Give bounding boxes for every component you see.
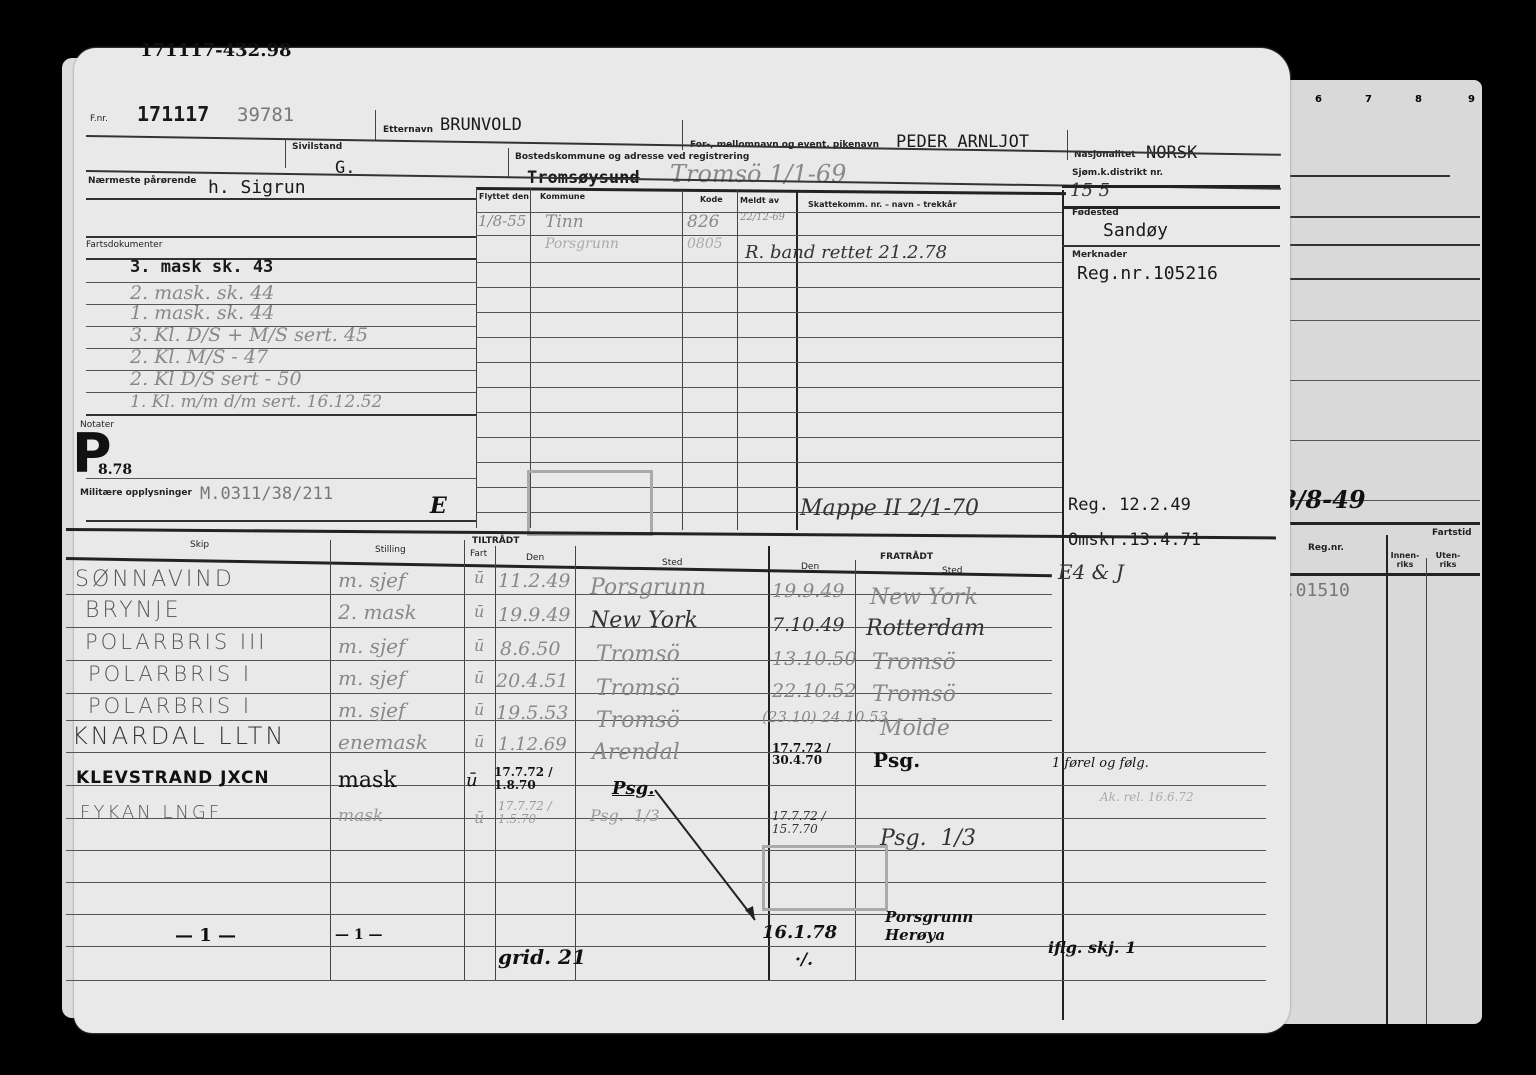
- ship-fart: ū: [474, 700, 484, 719]
- ship-sted: Tromsö: [596, 676, 680, 701]
- tab-number: 7: [1365, 94, 1372, 105]
- ship-sted: Tromsö: [596, 708, 680, 733]
- ship-fr-den: 22.10.52: [772, 680, 857, 702]
- mappe-note: Mappe II 2/1-70: [800, 496, 979, 521]
- ship-fr-sted: Psg. 1/3: [880, 826, 976, 851]
- ship-fr-sted: Tromsö: [872, 682, 956, 707]
- ship-fart: ū: [474, 602, 484, 621]
- ship-stilling: m. sjef: [338, 666, 405, 690]
- ship-den: 19.9.49: [498, 604, 571, 626]
- tab-number: 9: [1468, 94, 1475, 105]
- ship-stilling: m. sjef: [338, 698, 405, 722]
- ship-fr-den: 17.7.72 / 15.7.70: [772, 810, 852, 836]
- ship-name: BRYNJE: [85, 598, 182, 623]
- ship-stilling: mask: [338, 768, 397, 793]
- ship-fr-sted: Tromsö: [872, 650, 956, 675]
- ship-stilling: mask: [338, 806, 383, 826]
- ship-den: 19.5.53: [496, 702, 569, 724]
- flytting-row-kode: 826: [687, 212, 719, 232]
- ship-name: FYKAN LNGF: [80, 802, 222, 823]
- flytting-row-meldt: 22/12-69: [740, 212, 785, 223]
- ship-fart: ū: [474, 668, 484, 687]
- ship-fr-den: 13.10.50: [772, 648, 857, 670]
- sjomk-value: 15 5: [1070, 180, 1110, 201]
- fart-header: Fart: [470, 549, 487, 559]
- fartsdok-label: Fartsdokumenter: [86, 240, 162, 250]
- ship-sted: Tromsö: [596, 642, 680, 667]
- flytting-row-kode: 0805: [687, 236, 723, 252]
- notater-small: 8.78: [98, 462, 132, 478]
- ship-stilling: m. sjef: [338, 634, 405, 658]
- regnr-label: Reg.nr.: [1308, 543, 1344, 553]
- utenriks-label: Uten-riks: [1430, 551, 1466, 569]
- ship-den: 8.6.50: [500, 638, 560, 660]
- fartsdok-item: 2. Kl. M/S - 47: [130, 346, 268, 368]
- kode-header: Kode: [700, 195, 723, 204]
- ship-fr-sted: Molde: [880, 716, 950, 741]
- meldt-av-header: Meldt av: [740, 196, 779, 205]
- bosted-handwritten: Tromsö 1/1-69: [670, 160, 846, 188]
- den-header: Den: [526, 553, 544, 563]
- ship-fr-den: ·/.: [795, 950, 813, 970]
- ship-fr-den: 17.7.72 / 30.4.70: [772, 742, 852, 766]
- militaere-value: M.0311/38/211: [200, 484, 333, 504]
- etternavn-value: BRUNVOLD: [440, 115, 522, 135]
- top-annotation: 171117-432.98: [140, 40, 292, 61]
- fratradt-header: FRATRÅDT: [880, 552, 933, 562]
- ship-stilling: m. sjef: [338, 568, 405, 592]
- fartsdok-item: 3. mask sk. 43: [130, 257, 273, 277]
- ship-den: 11.2.49: [498, 570, 571, 592]
- merknader-label: Merknader: [1072, 250, 1127, 260]
- fartsdok-item: 1. Kl. m/m d/m sert. 16.12.52: [130, 392, 382, 412]
- fodested-label: Fødested: [1072, 208, 1119, 218]
- ship-fr-den: (23.10) 24.10.53: [762, 708, 888, 726]
- naermeste-label: Nærmeste pårørende: [88, 176, 196, 186]
- fartstid-label: Fartstid: [1432, 528, 1472, 538]
- ship-name: POLARBRIS III: [85, 630, 267, 654]
- ship-fr-den: 19.9.49: [772, 580, 845, 602]
- ship-stilling: 2. mask: [338, 600, 417, 624]
- ship-stilling: — 1 —: [335, 927, 383, 943]
- tiltradt-header: TILTRÅDT: [472, 536, 519, 546]
- ship-fart: ū: [474, 732, 484, 751]
- fodested-value: Sandøy: [1103, 220, 1168, 241]
- fartsdok-item: 2. Kl D/S sert - 50: [130, 368, 302, 390]
- ship-sted: New York: [590, 608, 698, 633]
- skattekomm-header: Skattekomm. nr. – navn – trekkår: [808, 200, 957, 209]
- sjomk-label: Sjøm.k.distrikt nr.: [1072, 168, 1163, 178]
- innenriks-label: Innen-riks: [1387, 551, 1423, 569]
- stilling-header: Stilling: [375, 545, 406, 555]
- militaere-mark: E: [430, 493, 447, 519]
- reg-note-2: Omskr.13.4.71: [1068, 530, 1201, 550]
- ship-den: 20.4.51: [496, 670, 569, 692]
- ship-note: 1 førel og følg.: [1052, 756, 1149, 771]
- reg-note-3: E4 & J: [1058, 560, 1124, 584]
- ship-fr-den: 7.10.49: [772, 614, 845, 636]
- ship-fr-den: 16.1.78: [762, 922, 837, 943]
- ship-fr-sted: Porsgrunn Herøya: [885, 908, 1015, 944]
- ship-name: POLARBRIS I: [88, 662, 252, 686]
- merknader-value: Reg.nr.105216: [1077, 263, 1218, 284]
- ship-den: grid. 21: [498, 945, 586, 969]
- ship-sted: Arendal: [592, 740, 680, 765]
- ship-sted: Psg.: [612, 778, 655, 799]
- arrow-annotation: [650, 780, 770, 930]
- tab-number: 6: [1315, 94, 1322, 105]
- ship-fart: ū: [474, 568, 484, 587]
- ship-name: POLARBRIS I: [88, 694, 252, 718]
- ship-sted: Porsgrunn: [590, 575, 706, 600]
- ship-name: — 1 —: [175, 925, 236, 946]
- naermeste-value: h. Sigrun: [208, 177, 306, 198]
- ship-fr-sted: Rotterdam: [866, 616, 985, 641]
- ship-den: 1.12.69: [498, 734, 567, 755]
- flyttet-den-header: Flyttet den: [479, 192, 529, 201]
- skip-header: Skip: [190, 540, 209, 550]
- fnr-label: F.nr.: [90, 114, 108, 124]
- ship-name: KLEVSTRAND JXCN: [76, 768, 270, 788]
- ship-name: KNARDAL LLTN: [72, 722, 286, 750]
- ship-den: 17.7.72 / 1.8.70: [494, 766, 564, 792]
- ship-note: Ak. rel. 16.6.72: [1100, 790, 1194, 804]
- flytting-row-meldt: R. band rettet 21.2.78: [745, 242, 947, 263]
- ship-fr-sted: Psg.: [873, 748, 920, 772]
- fnr-value: 171117: [137, 102, 209, 126]
- back-date-note: 8/8-49: [1280, 485, 1366, 514]
- ship-fart: ū: [466, 770, 478, 791]
- fartsdok-item: 3. Kl. D/S + M/S sert. 45: [130, 324, 368, 346]
- fartsdok-item: 2. mask. sk. 44: [130, 282, 274, 304]
- kommune-header: Kommune: [540, 192, 585, 201]
- tab-number: 8: [1415, 94, 1422, 105]
- fartsdok-item: 1. mask. sk. 44: [130, 302, 274, 324]
- flytting-row-kommune: Porsgrunn: [545, 236, 619, 252]
- flytting-row-flyttet: 1/8-55: [478, 212, 526, 230]
- fnr-suffix: 39781: [237, 104, 294, 126]
- ship-name: SØNNAVIND: [75, 567, 235, 592]
- militaere-label: Militære opplysninger: [80, 488, 192, 498]
- ship-stilling: enemask: [338, 730, 428, 754]
- etternavn-label: Etternavn: [383, 125, 433, 135]
- ship-note: iflg. skj. 1: [1048, 938, 1136, 957]
- sivilstand-label: Sivilstand: [292, 142, 342, 152]
- ship-den: 17.7.72 / 1.5.70: [498, 800, 568, 826]
- ship-fr-sted: New York: [870, 585, 978, 610]
- faded-stamp: [762, 845, 888, 911]
- ship-fart: ū: [474, 808, 484, 827]
- flytting-row-kommune: Tinn: [545, 212, 584, 232]
- reg-note-1: Reg. 12.2.49: [1068, 495, 1191, 515]
- ship-fart: ū: [474, 636, 484, 655]
- faded-stamp: [527, 470, 653, 536]
